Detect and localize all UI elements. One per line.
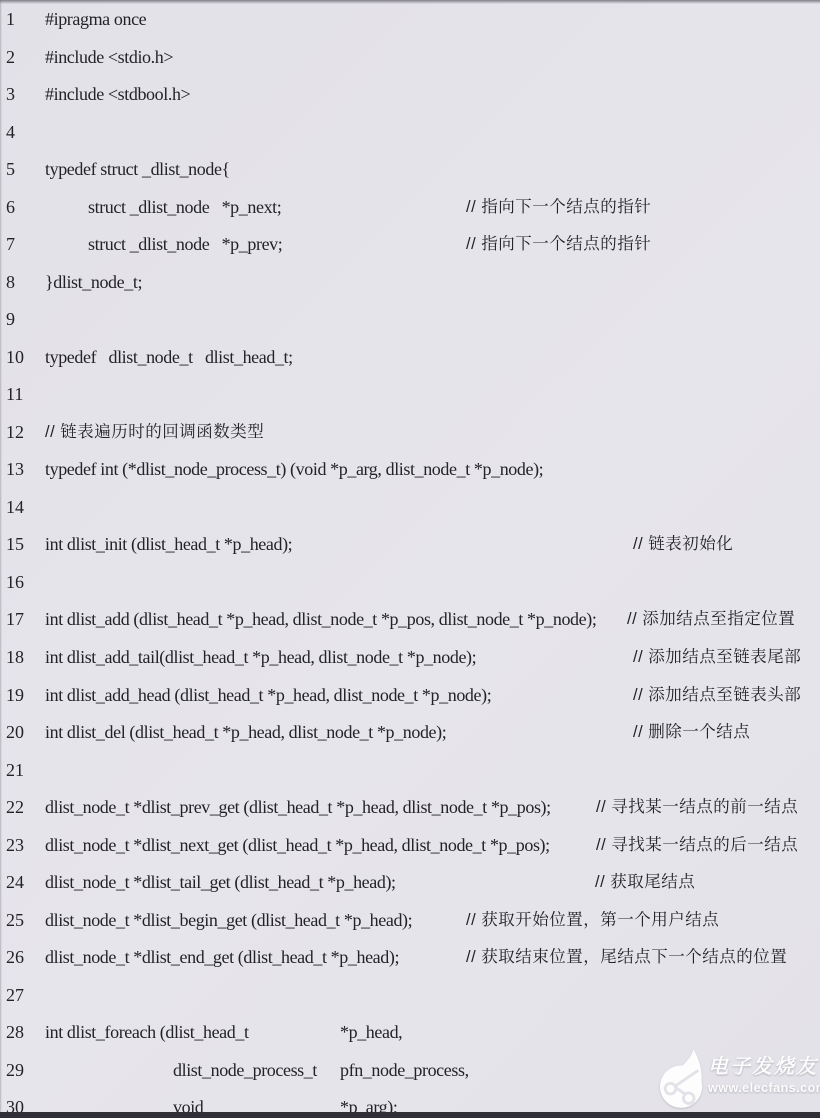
- line-number: 26: [6, 943, 24, 971]
- code-text: int dlist_add (dlist_head_t *p_head, dli…: [45, 605, 596, 633]
- line-number: 5: [6, 155, 15, 183]
- line-number: 23: [6, 831, 24, 859]
- comment-text: // 链表遍历时的回调函数类型: [45, 419, 264, 446]
- code-line: 8}dlist_node_t;: [0, 268, 820, 298]
- line-number: 27: [6, 981, 24, 1009]
- watermark-url: www.elecfans.com: [708, 1080, 818, 1096]
- code-text: #include <stdbool.h>: [45, 80, 190, 108]
- comment-text: // 寻找某一结点的前一结点: [596, 794, 798, 821]
- code-text: int dlist_foreach (dlist_head_t: [45, 1018, 249, 1046]
- code-text: typedef dlist_node_t dlist_head_t;: [45, 343, 293, 371]
- code-line: 15int dlist_init (dlist_head_t *p_head);…: [0, 530, 820, 560]
- code-text: struct _dlist_node *p_next;: [88, 193, 281, 221]
- elecfans-flame-circuit-icon: [658, 1048, 706, 1110]
- code-text: typedef struct _dlist_node{: [45, 155, 230, 183]
- line-number: 17: [6, 605, 24, 633]
- code-line: 27: [0, 981, 820, 1011]
- code-line: 17int dlist_add (dlist_head_t *p_head, d…: [0, 605, 820, 635]
- code-line: 12// 链表遍历时的回调函数类型: [0, 418, 820, 448]
- code-text: int dlist_add_tail(dlist_head_t *p_head,…: [45, 643, 476, 671]
- line-number: 10: [6, 343, 24, 371]
- code-text: dlist_node_t *dlist_prev_get (dlist_head…: [45, 793, 551, 821]
- code-line: 18int dlist_add_tail(dlist_head_t *p_hea…: [0, 643, 820, 673]
- code-text: dlist_node_t *dlist_end_get (dlist_head_…: [45, 943, 399, 971]
- line-number: 11: [6, 380, 23, 408]
- code-line: 19int dlist_add_head (dlist_head_t *p_he…: [0, 681, 820, 711]
- code-text: dlist_node_t *dlist_begin_get (dlist_hea…: [45, 906, 412, 934]
- line-number: 19: [6, 681, 24, 709]
- code-text: #include <stdio.h>: [45, 43, 173, 71]
- code-text: int dlist_del (dlist_head_t *p_head, dli…: [45, 718, 446, 746]
- line-number: 13: [6, 455, 24, 483]
- code-line: 21: [0, 756, 820, 786]
- code-text: *p_head,: [340, 1018, 402, 1046]
- code-line: 23dlist_node_t *dlist_next_get (dlist_he…: [0, 831, 820, 861]
- code-text: typedef int (*dlist_node_process_t) (voi…: [45, 455, 543, 483]
- line-number: 1: [6, 5, 15, 33]
- comment-text: // 添加结点至指定位置: [627, 606, 795, 633]
- code-line: 24dlist_node_t *dlist_tail_get (dlist_he…: [0, 868, 820, 898]
- line-number: 24: [6, 868, 24, 896]
- code-text: #ipragma once: [45, 5, 146, 33]
- code-line: 26dlist_node_t *dlist_end_get (dlist_hea…: [0, 943, 820, 973]
- code-line: 6struct _dlist_node *p_next;// 指向下一个结点的指…: [0, 193, 820, 223]
- comment-text: // 指向下一个结点的指针: [466, 194, 651, 221]
- code-text: int dlist_add_head (dlist_head_t *p_head…: [45, 681, 491, 709]
- code-line: 1#ipragma once: [0, 5, 820, 35]
- line-number: 12: [6, 418, 24, 446]
- comment-text: // 删除一个结点: [633, 719, 750, 746]
- code-text: dlist_node_process_t: [173, 1056, 317, 1084]
- code-line: 5typedef struct _dlist_node{: [0, 155, 820, 185]
- code-line: 22dlist_node_t *dlist_prev_get (dlist_he…: [0, 793, 820, 823]
- scan-edge-bottom: [0, 1112, 820, 1118]
- comment-text: // 获取尾结点: [595, 869, 695, 896]
- line-number: 8: [6, 268, 15, 296]
- line-number: 22: [6, 793, 24, 821]
- comment-text: // 获取开始位置，第一个用户结点: [466, 907, 719, 934]
- code-text: }dlist_node_t;: [45, 268, 142, 296]
- line-number: 20: [6, 718, 24, 746]
- comment-text: // 添加结点至链表尾部: [633, 644, 801, 671]
- comment-text: // 获取结束位置，尾结点下一个结点的位置: [466, 944, 787, 971]
- code-line: 2#include <stdio.h>: [0, 43, 820, 73]
- code-line: 14: [0, 493, 820, 523]
- code-line: 4: [0, 118, 820, 148]
- code-line: 13typedef int (*dlist_node_process_t) (v…: [0, 455, 820, 485]
- line-number: 6: [6, 193, 15, 221]
- scan-edge-top: [0, 0, 820, 4]
- line-number: 3: [6, 80, 15, 108]
- comment-text: // 指向下一个结点的指针: [466, 231, 651, 258]
- code-line: 3#include <stdbool.h>: [0, 80, 820, 110]
- code-line: 25dlist_node_t *dlist_begin_get (dlist_h…: [0, 906, 820, 936]
- line-number: 15: [6, 530, 24, 558]
- code-text: dlist_node_t *dlist_tail_get (dlist_head…: [45, 868, 396, 896]
- code-area: 1#ipragma once2#include <stdio.h>3#inclu…: [0, 0, 820, 1118]
- line-number: 16: [6, 568, 24, 596]
- line-number: 4: [6, 118, 15, 146]
- code-line: 11: [0, 380, 820, 410]
- code-line: 9: [0, 305, 820, 335]
- code-line: 16: [0, 568, 820, 598]
- code-text: struct _dlist_node *p_prev;: [88, 230, 282, 258]
- watermark-text-block: 电子发烧友 www.elecfans.com: [708, 1054, 818, 1096]
- code-text: pfn_node_process,: [340, 1056, 469, 1084]
- watermark-brand: 电子发烧友: [708, 1054, 818, 1080]
- code-text: int dlist_init (dlist_head_t *p_head);: [45, 530, 292, 558]
- line-number: 7: [6, 230, 15, 258]
- watermark: 电子发烧友 www.elecfans.com: [656, 1042, 818, 1110]
- line-number: 9: [6, 305, 15, 333]
- scan-edge-left: [0, 0, 2, 1118]
- comment-text: // 添加结点至链表头部: [633, 682, 801, 709]
- line-number: 28: [6, 1018, 24, 1046]
- line-number: 14: [6, 493, 24, 521]
- code-text: dlist_node_t *dlist_next_get (dlist_head…: [45, 831, 550, 859]
- line-number: 29: [6, 1056, 24, 1084]
- line-number: 2: [6, 43, 15, 71]
- line-number: 18: [6, 643, 24, 671]
- code-line: 7struct _dlist_node *p_prev;// 指向下一个结点的指…: [0, 230, 820, 260]
- comment-text: // 链表初始化: [633, 531, 733, 558]
- code-line: 10typedef dlist_node_t dlist_head_t;: [0, 343, 820, 373]
- line-number: 25: [6, 906, 24, 934]
- comment-text: // 寻找某一结点的后一结点: [596, 832, 798, 859]
- line-number: 21: [6, 756, 24, 784]
- code-line: 20int dlist_del (dlist_head_t *p_head, d…: [0, 718, 820, 748]
